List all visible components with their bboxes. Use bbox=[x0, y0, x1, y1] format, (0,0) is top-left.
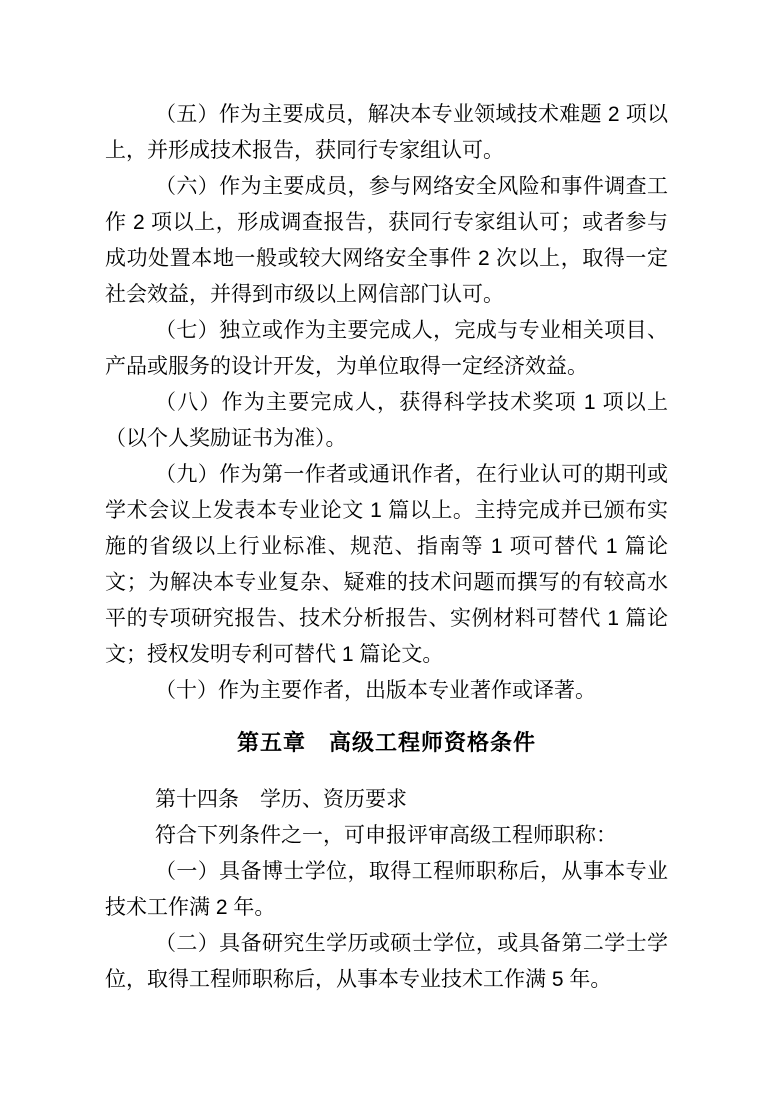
clause-item-6: （六）作为主要成员，参与网络安全风险和事件调查工作 2 项以上，形成调查报告，获… bbox=[105, 169, 668, 313]
article-14-title: 第十四条 学历、资历要求 bbox=[105, 782, 668, 818]
clause-item-5: （五）作为主要成员，解决本专业领域技术难题 2 项以上，并形成技术报告，获同行专… bbox=[105, 97, 668, 169]
document-content: （五）作为主要成员，解决本专业领域技术难题 2 项以上，并形成技术报告，获同行专… bbox=[105, 97, 668, 998]
clause-item-10: （十）作为主要作者，出版本专业著作或译著。 bbox=[105, 673, 668, 709]
chapter-heading: 第五章 高级工程师资格条件 bbox=[105, 723, 668, 763]
clause-item-1: （一）具备博士学位，取得工程师职称后，从事本专业技术工作满 2 年。 bbox=[105, 854, 668, 926]
clause-item-2: （二）具备研究生学历或硕士学位，或具备第二学士学位，取得工程师职称后，从事本专业… bbox=[105, 926, 668, 998]
clause-item-7: （七）独立或作为主要完成人，完成与专业相关项目、产品或服务的设计开发，为单位取得… bbox=[105, 313, 668, 385]
document-page: （五）作为主要成员，解决本专业领域技术难题 2 项以上，并形成技术报告，获同行专… bbox=[0, 0, 777, 1099]
clause-item-9: （九）作为第一作者或通讯作者，在行业认可的期刊或学术会议上发表本专业论文 1 篇… bbox=[105, 457, 668, 673]
article-14-intro: 符合下列条件之一，可申报评审高级工程师职称： bbox=[105, 818, 668, 854]
clause-item-8: （八）作为主要完成人，获得科学技术奖项 1 项以上（以个人奖励证书为准）。 bbox=[105, 385, 668, 457]
